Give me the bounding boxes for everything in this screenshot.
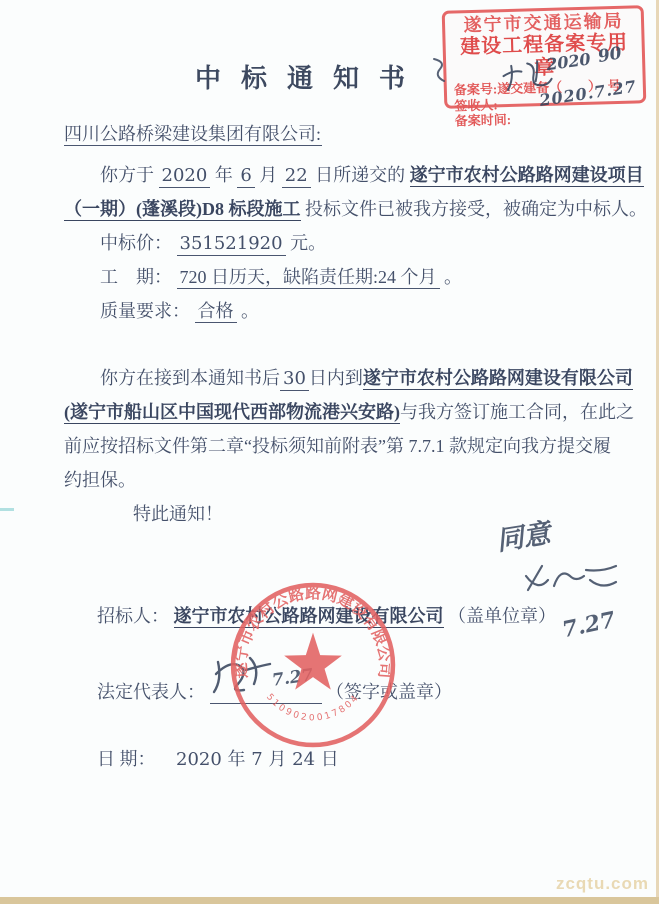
scanned-document-page: 中标通知书 四川公路桥梁建设集团有限公司: 你方于 2020 年 6 月 22 … [0, 0, 659, 904]
price-line: 中标价： 351521920 元。 [100, 231, 326, 256]
paragraph2-line1: 你方在接到本通知书后30日内到遂宁市农村公路路网建设有限公司 [100, 366, 633, 391]
handwritten-filing-number: 90 [596, 43, 623, 67]
scan-artifact [0, 508, 14, 511]
p1-unit-year: 年 [215, 165, 233, 185]
paragraph1-line2: （一期）(蓬溪段)D8 标段施工 投标文件已被我方接受，被确定为中标人。 [64, 197, 647, 221]
p2-pre: 你方在接到本通知书后 [100, 368, 280, 388]
paragraph2-line4: 约担保。 [64, 468, 136, 492]
date-value: 2020 年 7 月 24 日 [176, 749, 339, 770]
bid-day: 22 [282, 165, 311, 188]
paragraph1-line1: 你方于 2020 年 6 月 22 日所递交的 遂宁市农村公路路网建设项目 [100, 163, 644, 188]
p1-unit-day: 日所递交的 [315, 165, 405, 185]
notice-line: 特此通知！ [133, 502, 223, 526]
tenderer-label: 招标人： [97, 606, 169, 626]
quality-suffix: 。 [241, 301, 259, 321]
seal-star-icon [284, 633, 342, 690]
watermark: zcqtu.com [556, 874, 649, 894]
duration-line: 工 期： 720 日历天，缺陷责任期:24 个月 。 [100, 265, 462, 289]
addressee: 四川公路桥梁建设集团有限公司: [64, 124, 322, 146]
price-value: 351521920 [177, 233, 286, 256]
svg-text:5109020017804: 5109020017804 [264, 692, 362, 723]
price-label: 中标价： [100, 233, 172, 253]
seal-number: 5109020017804 [264, 692, 362, 723]
days-value: 30 [280, 368, 309, 391]
quality-line: 质量要求： 合格 。 [100, 299, 259, 323]
quality-value: 合格 [195, 301, 237, 323]
tenderer-org-inline: 遂宁市农村公路路网建设有限公司 [363, 368, 633, 390]
filing-stamp: 遂宁市交通运输局 建设工程备案专用章 备案号:遂交建备（ ） 号 签收人: 备案… [442, 5, 647, 109]
approver-signature-icon [520, 556, 624, 604]
p1-pre: 你方于 [100, 165, 154, 185]
tenderer-suffix: （盖单位章） [448, 606, 556, 626]
duration-label: 工 期： [100, 267, 172, 287]
scan-edge-bottom [0, 897, 659, 904]
project-name-part1: 遂宁市农村公路路网建设项目 [410, 165, 644, 187]
paragraph2-line3: 前应按招标文件第二章“投标须知前附表”第 7.7.1 款规定向我方提交履 [64, 434, 611, 458]
handwritten-mark-icon [430, 56, 448, 84]
price-suffix: 元。 [290, 233, 326, 253]
p2-rest: 与我方签订施工合同，在此之 [400, 402, 634, 422]
handwritten-approval: 同意 [493, 511, 552, 558]
addressee-line: 四川公路桥梁建设集团有限公司: [64, 122, 322, 146]
p1-rest: 投标文件已被我方接受，被确定为中标人。 [305, 199, 647, 219]
date-line: 日 期： 2020 年 7 月 24 日 [97, 747, 339, 772]
handwritten-approval-date: 7.27 [560, 607, 618, 644]
bid-year: 2020 [159, 165, 211, 188]
quality-label: 质量要求： [100, 301, 190, 321]
receiver-signature-icon [501, 56, 566, 96]
tenderer-address: (遂宁市船山区中国现代西部物流港兴安路) [64, 402, 400, 424]
p1-unit-month: 月 [259, 165, 277, 185]
p2-mid: 日内到 [309, 368, 363, 388]
date-label: 日 期： [97, 749, 156, 769]
bid-month: 6 [237, 165, 254, 188]
paragraph2-line2: (遂宁市船山区中国现代西部物流港兴安路)与我方签订施工合同，在此之 [64, 400, 634, 424]
legal-rep-label: 法定代表人： [97, 682, 205, 702]
project-name-part2: （一期）(蓬溪段)D8 标段施工 [64, 199, 301, 221]
duration-value: 720 日历天，缺陷责任期:24 个月 [177, 267, 440, 289]
company-seal: 遂宁市农村公路路网建设有限公司 5109020017804 [228, 580, 398, 750]
duration-suffix: 。 [444, 267, 462, 287]
